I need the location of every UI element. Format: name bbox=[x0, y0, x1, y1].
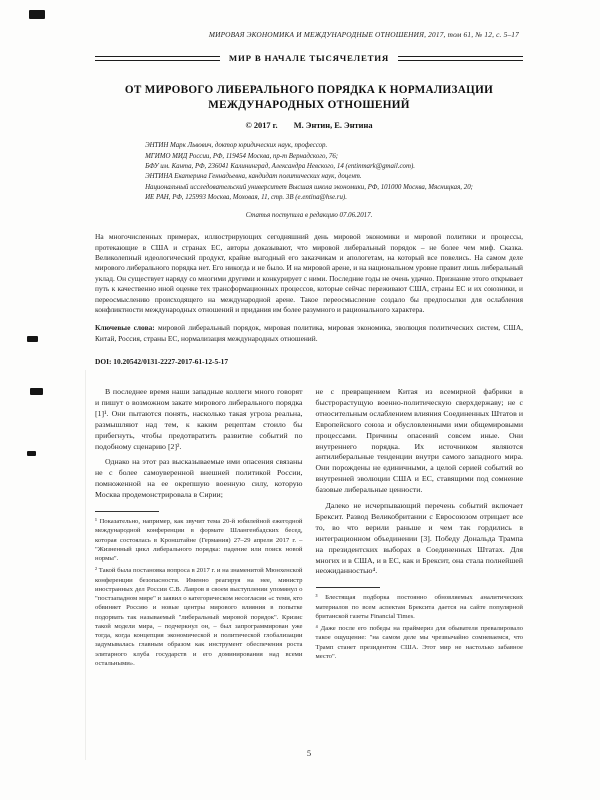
affiliation-line: ЭНТИНА Екатерина Геннадьевна, кандидат п… bbox=[145, 172, 473, 182]
article-title: ОТ МИРОВОГО ЛИБЕРАЛЬНОГО ПОРЯДКА К НОРМА… bbox=[95, 83, 523, 113]
doi-line: DOI: 10.20542/0131-2227-2017-61-12-5-17 bbox=[95, 357, 523, 366]
keywords-text: мировой либеральный порядок, мировая пол… bbox=[95, 323, 523, 342]
scan-mark-top-left bbox=[29, 10, 45, 19]
copyright-notice: © 2017 г. bbox=[245, 121, 277, 130]
scan-mark-left-1 bbox=[27, 336, 38, 342]
received-date-line: Статья поступила в редакцию 07.06.2017. bbox=[95, 212, 523, 219]
footnote-2: ² Такой была постановка вопроса в 2017 г… bbox=[95, 566, 303, 668]
affiliation-line: БФУ им. Канта, РФ, 236041 Калининград, А… bbox=[145, 162, 473, 172]
article-title-line2: МЕЖДУНАРОДНЫХ ОТНОШЕНИЙ bbox=[208, 99, 409, 111]
body-columns: В последнее время наши западные коллеги … bbox=[95, 387, 523, 671]
footnote-3: ³ Блестящая подборка постоянно обновляем… bbox=[316, 593, 524, 621]
footnote-1: ¹ Показательно, например, как звучит тем… bbox=[95, 517, 303, 563]
scan-mark-left-2 bbox=[30, 388, 43, 395]
affiliation-line: ИЕ РАН, РФ, 125993 Москва, Моховая, 11, … bbox=[145, 193, 473, 203]
scan-mark-left-3 bbox=[27, 451, 36, 456]
byline: © 2017 г. М. Энтин, Е. Энтина bbox=[95, 121, 523, 130]
abstract: На многочисленных примерах, иллюстрирующ… bbox=[95, 232, 523, 315]
section-header: МИР В НАЧАЛЕ ТЫСЯЧЕЛЕТИЯ bbox=[95, 53, 523, 63]
body-paragraph: В последнее время наши западные коллеги … bbox=[95, 387, 303, 452]
section-rule-left bbox=[95, 56, 220, 61]
affiliation-line: ЭНТИН Марк Львович, доктор юридических н… bbox=[145, 141, 473, 151]
section-rule-right bbox=[398, 56, 523, 61]
page-content: МИРОВАЯ ЭКОНОМИКА И МЕЖДУНАРОДНЫЕ ОТНОШЕ… bbox=[95, 30, 523, 671]
right-column: не с превращением Китая из всемирной фаб… bbox=[316, 387, 524, 671]
section-title: МИР В НАЧАЛЕ ТЫСЯЧЕЛЕТИЯ bbox=[220, 53, 398, 63]
body-paragraph: Однако на этот раз высказываемые ими опа… bbox=[95, 457, 303, 501]
footnote-4: ⁴ Даже после его победы на праймериз для… bbox=[316, 624, 524, 661]
journal-page-scan: МИРОВАЯ ЭКОНОМИКА И МЕЖДУНАРОДНЫЕ ОТНОШЕ… bbox=[0, 0, 600, 800]
author-affiliations: ЭНТИН Марк Львович, доктор юридических н… bbox=[145, 141, 473, 203]
body-paragraph: Далеко не исчерпывающий перечень событий… bbox=[316, 501, 524, 577]
author-names: М. Энтин, Е. Энтина bbox=[294, 121, 373, 130]
footnote-separator bbox=[95, 511, 159, 512]
affiliation-line: МГИМО МИД России, РФ, 119454 Москва, пр-… bbox=[145, 152, 473, 162]
article-title-line1: ОТ МИРОВОГО ЛИБЕРАЛЬНОГО ПОРЯДКА К НОРМА… bbox=[125, 84, 493, 96]
affiliation-line: Национальный исследовательский университ… bbox=[145, 183, 473, 193]
left-column: В последнее время наши западные коллеги … bbox=[95, 387, 303, 671]
doi-label: DOI: bbox=[95, 357, 111, 366]
page-number: 5 bbox=[95, 748, 523, 758]
doi-value: 10.20542/0131-2227-2017-61-12-5-17 bbox=[113, 357, 228, 366]
footnote-separator bbox=[316, 587, 380, 588]
keywords-block: Ключевые слова: мировой либеральный поря… bbox=[95, 323, 523, 344]
keywords-label: Ключевые слова: bbox=[95, 323, 155, 332]
journal-citation: МИРОВАЯ ЭКОНОМИКА И МЕЖДУНАРОДНЫЕ ОТНОШЕ… bbox=[95, 30, 523, 39]
body-paragraph: не с превращением Китая из всемирной фаб… bbox=[316, 387, 524, 496]
scan-fold-line bbox=[85, 370, 86, 760]
